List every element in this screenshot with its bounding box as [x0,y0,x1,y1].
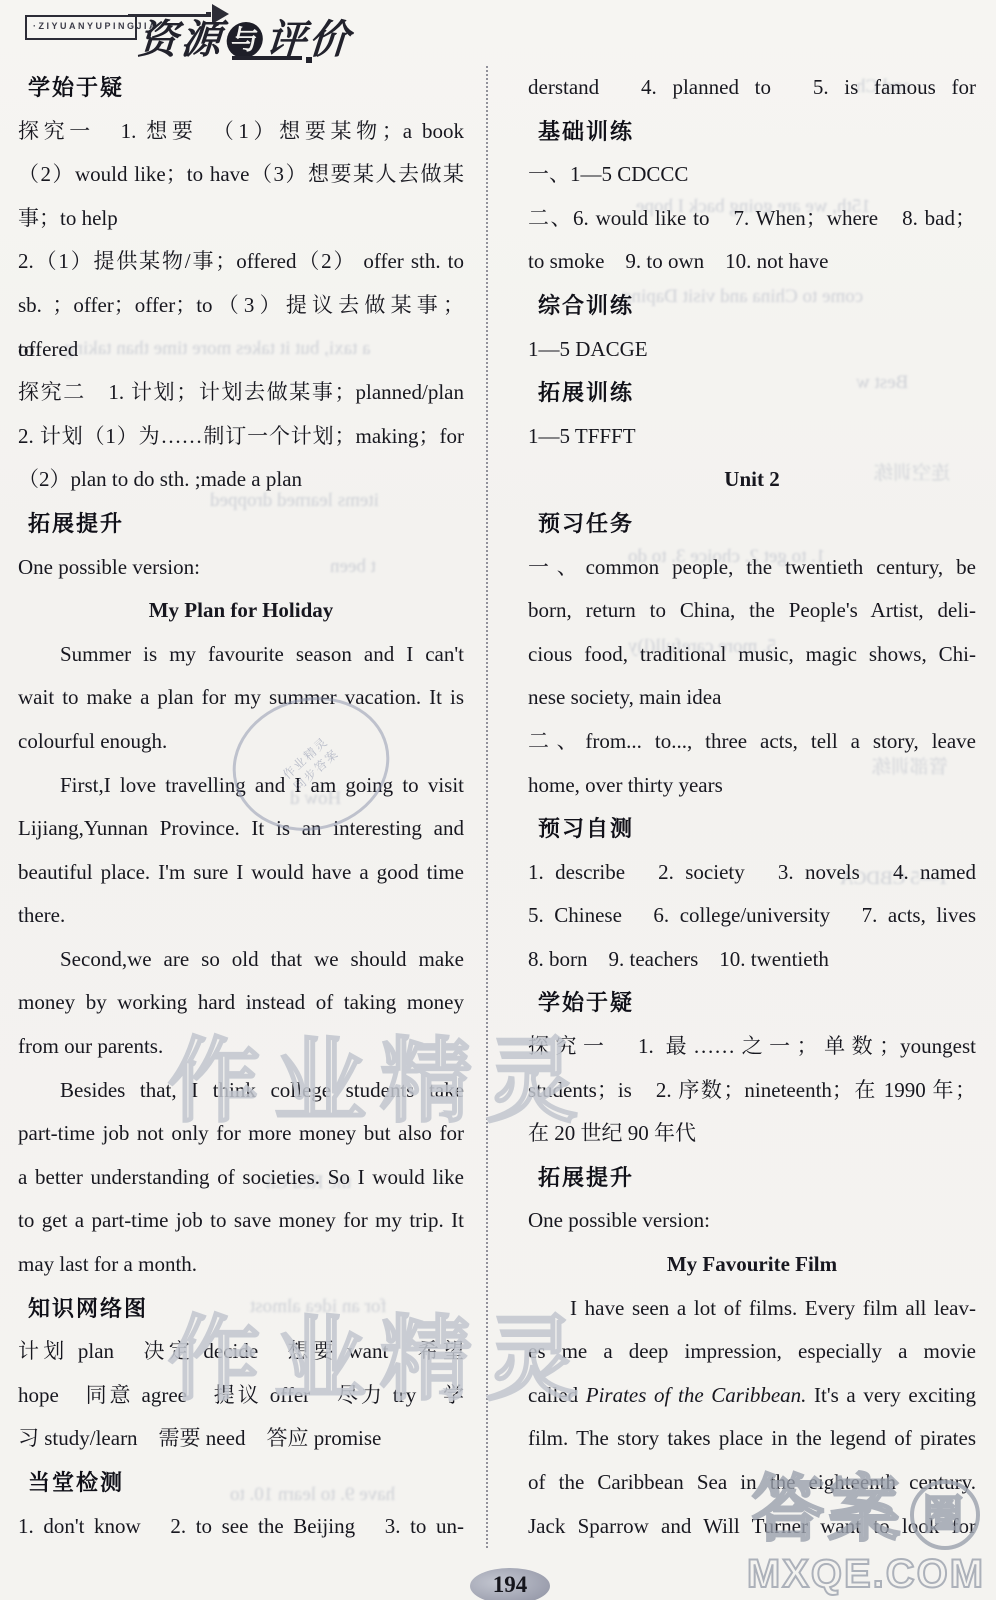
section-heading: 预习自测 [528,807,976,851]
text-line: 习 study/learn 需要 need 答应 promise [18,1417,464,1461]
section-heading: 综合训练 [528,284,976,328]
text-line: to smoke 9. to own 10. not have [528,240,976,284]
answer-site-watermark: 答案圈 MXQE.COM [736,1471,996,1598]
text-line: cious food, traditional music, magic sho… [528,633,976,677]
italic-text: Pirates of the Caribbean. [586,1383,807,1407]
text-line: （2）would like；to have（3）想要某人去做某 [18,153,464,197]
text-line: 1. don't know 2. to see the Beijing 3. t… [18,1505,464,1549]
text-line: nese society, main idea [528,676,976,720]
section-heading: 当堂检测 [18,1461,464,1505]
text-line: derstand 4. planned to 5. is famous for [528,66,976,110]
text-line: born, return to China, the People's Arti… [528,589,976,633]
text-line: 一、1—5 CDCCC [528,153,976,197]
section-heading: 拓展提升 [18,502,464,546]
answer-site-name: 答案圈 [736,1471,996,1550]
section-heading: 拓展训练 [528,371,976,415]
title-period-dot [306,57,312,63]
answer-site-circle-logo: 圈 [910,1480,980,1550]
page-header: ·ZIYUANYUPINGJIA 资源与评价 [0,0,700,70]
text-line: 探究一 1. 最……之一；单数；youngest [528,1025,976,1069]
stamp-text: 作业精灵 同步答案 [279,733,342,794]
text-line: to get a part-time job to save money for… [18,1199,464,1243]
section-heading: 预习任务 [528,502,976,546]
text-line: 探究二 1. 计划；计划去做某事；planned/plan [18,371,464,415]
text-line: I have seen a lot of films. Every film a… [528,1287,976,1331]
text-segment: It's a very exciting [806,1383,976,1407]
text-line: 在 20 世纪 90 年代 [528,1112,976,1156]
text-line: called Pirates of the Caribbean. It's a … [528,1374,976,1418]
section-heading: 基础训练 [528,110,976,154]
text-line: （2）plan to do sth. ;made a plan [18,458,464,502]
text-line: 1—5 DACGE [528,328,976,372]
text-line: 二、6. would like to 7. When；where 8. bad； [528,197,976,241]
ghost-watermark: 作业精灵 [168,1286,592,1418]
text-line: Second,we are so old that we should make [18,938,464,982]
text-line: 5. Chinese 6. college/university 7. acts… [528,894,976,938]
text-line: there. [18,894,464,938]
text-line: 探究一 1. 想要 （1）想要某物；a book [18,110,464,154]
essay-title: My Favourite Film [528,1243,976,1287]
series-title-circle-char: 与 [225,22,264,58]
essay-title: Unit 2 [528,458,976,502]
section-heading: 学始于疑 [528,981,976,1025]
scanned-answer-page: and Ch 15th, we are going back I hope co… [0,0,996,1600]
text-line: wait to make a plan for my summer vacati… [18,676,464,720]
text-line: 2. 计划（1）为……制订一个计划；making；for [18,415,464,459]
text-line: es me a deep impression, especially a mo… [528,1330,976,1374]
answer-site-chars: 答案 [752,1470,904,1550]
text-line: One possible version: [18,546,464,590]
text-line: 二、from... to..., three acts, tell a stor… [528,720,976,764]
text-line: a better understanding of societies. So … [18,1156,464,1200]
text-line: 8. born 9. teachers 10. twentieth [528,938,976,982]
text-line: 1. describe 2. society 3. novels 4. name… [528,851,976,895]
title-underline [232,56,302,60]
text-line: Lijiang,Yunnan Province. It is an intere… [18,807,464,851]
text-line: students；is 2. 序数；nineteenth；在 1990 年； [528,1069,976,1113]
logo-box: ·ZIYUANYUPINGJIA [25,15,137,40]
text-line: 1—5 TFFFT [528,415,976,459]
ghost-watermark: 作业精灵 [168,1008,592,1140]
text-line: home, over thirty years [528,764,976,808]
text-line: 事；to help [18,197,464,241]
text-line: sb. ；offer；offer；to（3）提议去做某事；offered [18,284,464,328]
section-heading: 拓展提升 [528,1156,976,1200]
text-line: 2.（1）提供某物/事；offered（2） offer sth. to [18,240,464,284]
essay-title: My Plan for Holiday [18,589,464,633]
text-line: to [18,328,464,372]
text-line: One possible version: [528,1199,976,1243]
text-line: 一、common people, the twentieth century, … [528,546,976,590]
page-number-badge: 194 [470,1568,550,1600]
text-line: film. The story takes place in the legen… [528,1417,976,1461]
text-line: beautiful place. I'm sure I would have a… [18,851,464,895]
series-title-part1: 资源 [136,17,225,62]
answer-site-domain: MXQE.COM [736,1550,996,1598]
right-column: derstand 4. planned to 5. is famous for基… [528,66,976,1548]
text-line: Summer is my favourite season and I can'… [18,633,464,677]
section-heading: 学始于疑 [18,66,464,110]
text-line: may last for a month. [18,1243,464,1287]
